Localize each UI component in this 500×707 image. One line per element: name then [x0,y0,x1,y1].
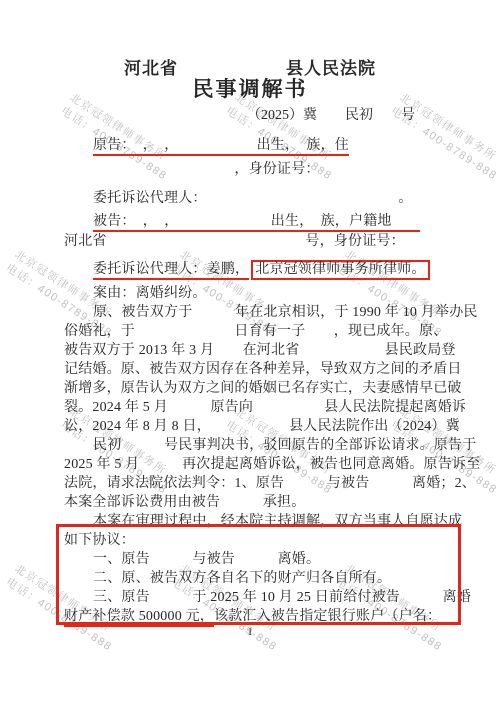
text-run: 2025 年 5 月 再次提起离婚诉讼，被告也同意离婚。原告诉至 [64,457,480,472]
text-run: 原、被告双方于 年在北京相识，于 1990 年 10 月举办民 [93,305,478,320]
text-run: ，身份证号： [64,162,320,177]
doc-line: 被告： ， ， 出生， 族，户籍地 [64,212,447,231]
text-run: 案由：离婚纠纷。 [93,286,207,301]
red-underlined-text: 财产补偿款 500000 元， [64,609,214,627]
red-underlined-text: 原告： ， ， 出生， 族，住 [93,138,349,156]
red-underlined-text: 委托诉讼代理人：姜鹏， [93,262,249,280]
doc-line: 委托诉讼代理人：姜鹏，北京冠领律师事务所律师。 [64,260,447,279]
doc-line: 如下协议： [64,531,447,550]
text-run: 民初 号民事判决书，驳回原告的全部诉讼请求。原告于 [93,438,476,453]
doc-line: 二、原、被告双方各自名下的财产归各自所有。 [64,569,447,588]
text-run: 被告双方于 2013 年 3 月 在河北省 县民政局登 [64,343,456,358]
doc-line: 本案全部诉讼费用由被告 承担。 [64,493,447,512]
page-number: 1 [0,626,500,638]
document-body: 原告： ， ， 出生， 族，住 ，身份证号：委托诉讼代理人： 。被告： ， ， … [64,136,447,626]
doc-line: 委托诉讼代理人： 。 [64,189,447,208]
court-document-page: 北京冠领律师事务所电话：400-8789-888北京冠领律师事务所电话：400-… [0,0,500,707]
text-run: 渐增多，原告认为双方之间的婚姻已名存实亡，夫妻感情早已破 [64,381,462,396]
doc-line: 被告双方于 2013 年 3 月 在河北省 县民政局登 [64,341,447,360]
doc-line: 记结婚。原、被告双方因存在各种差异，导致双方之间的矛盾日 [64,360,447,379]
doc-line: 讼，2024 年 8 月 8 日， 县人民法院作出（2024）冀 [64,417,447,436]
document-title: 民事调解书 [0,73,500,103]
doc-line: 案由：离婚纠纷。 [64,284,447,303]
text-run: 河北省 号，身份证号： [64,234,405,249]
text-run: 该款汇入被告指定银行账户（户名： [214,609,441,624]
doc-line: 一、原告 与被告 离婚。 [64,550,447,569]
doc-line: 法院，请求法院依法判令：1、原告 与被告 离婚；2、 [64,474,447,493]
text-run: 一、原告 与被告 离婚。 [93,552,320,567]
doc-line: 民初 号民事判决书，驳回原告的全部诉讼请求。原告于 [64,436,447,455]
text-run: 裂。2024 年 5 月 原告向 县人民法院提起离婚诉 [64,400,466,415]
red-boxed-text: 北京冠领律师事务所律师。 [251,260,429,280]
text-run: 委托诉讼代理人： 。 [93,191,413,206]
doc-line: 原、被告双方于 年在北京相识，于 1990 年 10 月举办民 [64,303,447,322]
doc-line: 裂。2024 年 5 月 原告向 县人民法院提起离婚诉 [64,398,447,417]
text-run: 法院，请求法院依法判令：1、原告 与被告 离婚；2、 [64,476,476,491]
text-run: 本案在审理过程中，经本院主持调解，双方当事人自愿达成 [93,514,462,529]
text-run: 本案全部诉讼费用由被告 承担。 [64,495,305,510]
text-run: 二、原、被告双方各自名下的财产归各自所有。 [93,571,391,586]
doc-line: 2025 年 5 月 再次提起离婚诉讼，被告也同意离婚。原告诉至 [64,455,447,474]
doc-line: 原告： ， ， 出生， 族，住 [64,136,447,155]
doc-line: 本案在审理过程中，经本院主持调解，双方当事人自愿达成 [64,512,447,531]
doc-line: ，身份证号： [64,160,447,179]
doc-line: 渐增多，原告认为双方之间的婚姻已名存实亡，夫妻感情早已破 [64,379,447,398]
text-run: 记结婚。原、被告双方因存在各种差异，导致双方之间的矛盾日 [64,362,462,377]
doc-line: 三、原告 于 2025 年 10 月 25 日前给付被告 离婚 [64,588,447,607]
text-run: 三、原告 于 2025 年 10 月 25 日前给付被告 离婚 [93,590,471,605]
case-number: （2025）冀 民初 号 [247,104,415,124]
text-run: 讼，2024 年 8 月 8 日， 县人民法院作出（2024）冀 [64,419,460,434]
text-run: 如下协议： [64,533,135,548]
red-underlined-text: 被告： ， ， 出生， 族，户籍地 [93,214,420,232]
doc-line: 财产补偿款 500000 元，该款汇入被告指定银行账户（户名： [64,607,447,626]
doc-line: 河北省 号，身份证号： [64,232,447,251]
doc-line: 俗婚礼，于 日育有一子 ，现已成年。原、 [64,322,447,341]
text-run: 俗婚礼，于 日育有一子 ，现已成年。原、 [64,324,447,339]
